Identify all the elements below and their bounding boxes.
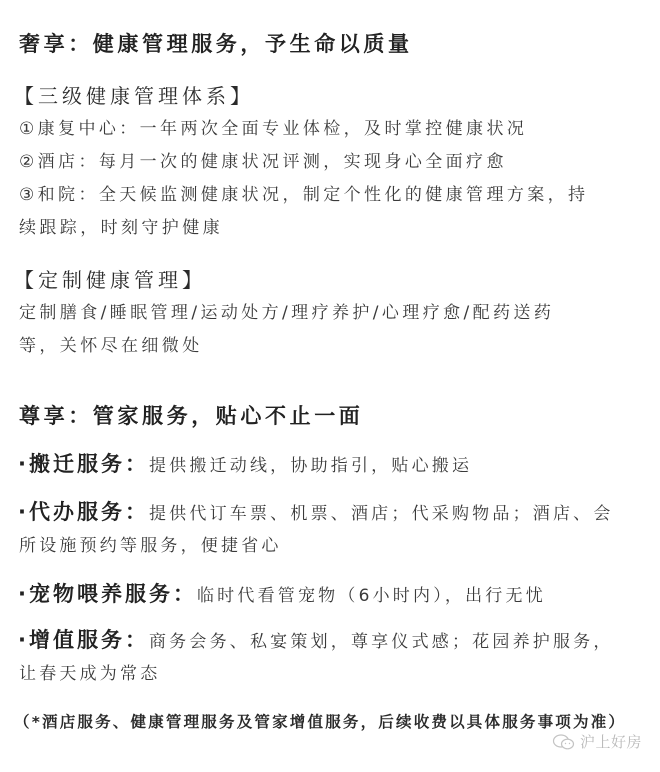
subheading-custom-health: 【定制健康管理】 — [14, 264, 206, 293]
service-desc: 临时代看管宠物（6小时内），出行无忧 — [197, 586, 546, 606]
list-item: ②酒店：每月一次的健康状况评测，实现身心全面疗愈 — [19, 147, 507, 172]
section-title-health: 奢享：健康管理服务，予生命以质量 — [19, 28, 413, 58]
list-item: ③和院：全天候监测健康状况，制定个性化的健康管理方案，持 — [19, 180, 588, 205]
subheading-three-level-system: 【三级健康管理体系】 — [14, 80, 254, 109]
wechat-icon — [552, 733, 576, 751]
service-desc: 商务会务、私宴策划，尊享仪式感；花园养护服务， — [149, 632, 614, 652]
paragraph-line: 定制膳食/睡眠管理/运动处方/理疗养护/心理疗愈/配药送药 — [19, 298, 554, 323]
section-title-butler: 尊享：管家服务，贴心不止一面 — [19, 400, 363, 430]
service-desc: 提供搬迁动线，协助指引，贴心搬运 — [149, 456, 472, 476]
service-item-moving: ·搬迁服务：提供搬迁动线，协助指引，贴心搬运 — [18, 448, 472, 478]
service-item-value-added: ·增值服务：商务会务、私宴策划，尊享仪式感；花园养护服务， — [18, 624, 614, 654]
watermark-text: 沪上好房 — [580, 731, 642, 752]
list-item-continuation: 续跟踪，时刻守护健康 — [19, 213, 223, 238]
service-label: ·代办服务： — [18, 500, 149, 524]
footnote: （*酒店服务、健康管理服务及管家增值服务，后续收费以具体服务事项为准） — [14, 710, 626, 732]
paragraph-line: 等，关怀尽在细微处 — [19, 331, 203, 356]
service-desc-continuation: 所设施预约等服务，便捷省心 — [19, 531, 282, 556]
watermark: 沪上好房 — [552, 731, 642, 752]
service-desc: 提供代订车票、机票、酒店；代采购物品；酒店、会 — [149, 504, 614, 524]
service-item-pet: ·宠物喂养服务：临时代看管宠物（6小时内），出行无忧 — [18, 578, 546, 608]
service-label: ·增值服务： — [18, 628, 149, 652]
service-item-errands: ·代办服务：提供代订车票、机票、酒店；代采购物品；酒店、会 — [18, 496, 614, 526]
article-page: 奢享：健康管理服务，予生命以质量 【三级健康管理体系】 ①康复中心：一年两次全面… — [0, 0, 660, 772]
service-label: ·搬迁服务： — [18, 452, 149, 476]
service-label: ·宠物喂养服务： — [18, 582, 197, 606]
list-item: ①康复中心：一年两次全面专业体检，及时掌控健康状况 — [19, 114, 527, 139]
service-desc-continuation: 让春天成为常态 — [19, 659, 160, 684]
